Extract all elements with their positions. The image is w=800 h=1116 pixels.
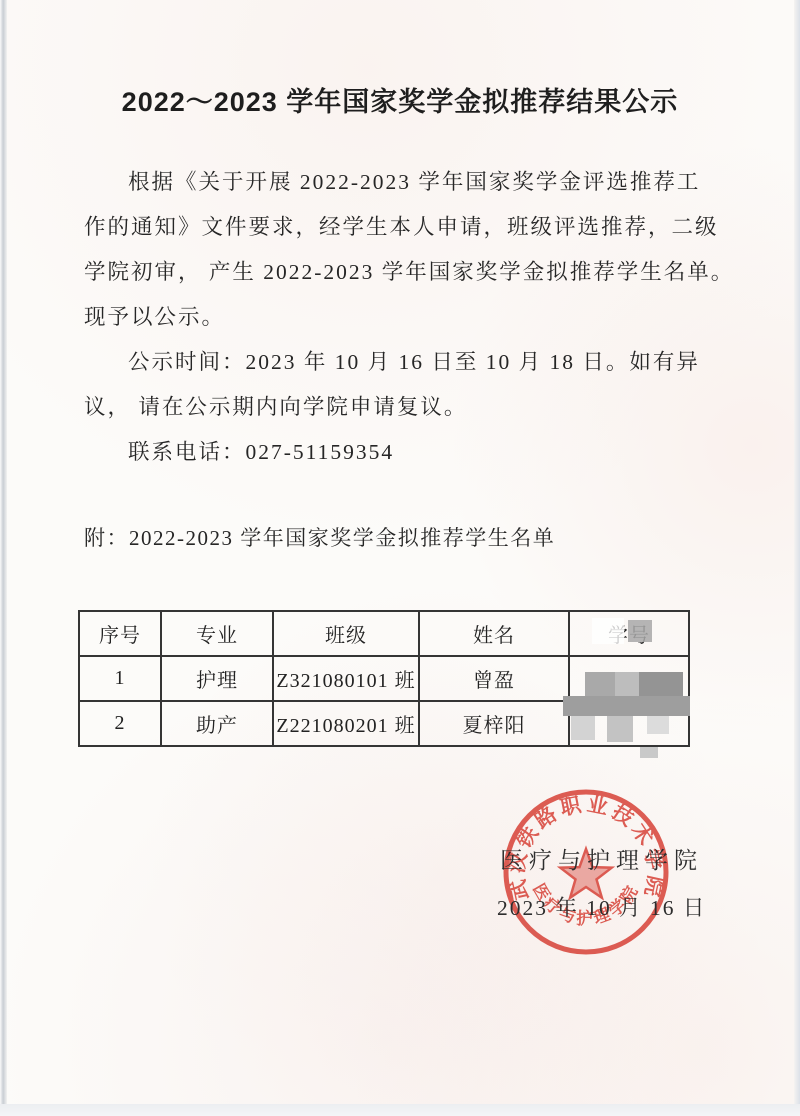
body-line: 公示时间：2023 年 10 月 16 日至 10 月 18 日。如有异 bbox=[84, 340, 718, 385]
body-line: 议， 请在公示期内向学院申请复议。 bbox=[84, 385, 718, 430]
body-line: 现予以公示。 bbox=[84, 295, 718, 340]
column-header: 班级 bbox=[273, 611, 419, 656]
scan-edge-bottom bbox=[0, 1104, 800, 1116]
scan-edge-right bbox=[794, 0, 800, 1116]
redaction-header-student-id bbox=[590, 616, 656, 646]
column-header: 姓名 bbox=[419, 611, 569, 656]
redaction-fragment bbox=[640, 747, 658, 758]
attachment-line: 附：2022-2023 学年国家奖学金拟推荐学生名单 bbox=[84, 522, 555, 552]
table-cell: 夏梓阳 bbox=[419, 701, 569, 746]
scan-edge-left bbox=[0, 0, 7, 1116]
table-cell: Z221080201 班 bbox=[273, 701, 419, 746]
body-line: 作的通知》文件要求，经学生本人申请，班级评选推荐，二级 bbox=[84, 205, 718, 250]
table-cell: 1 bbox=[79, 656, 161, 701]
page-title: 2022～2023 学年国家奖学金拟推荐结果公示 bbox=[0, 80, 800, 119]
table-cell: Z321080101 班 bbox=[273, 656, 419, 701]
redaction-student-ids bbox=[563, 668, 690, 744]
scanned-document-page: 2022～2023 学年国家奖学金拟推荐结果公示 根据《关于开展 2022-20… bbox=[0, 0, 800, 1116]
body-line: 根据《关于开展 2022-2023 学年国家奖学金评选推荐工 bbox=[84, 160, 718, 205]
table-cell: 助产 bbox=[161, 701, 273, 746]
table-cell: 曾盈 bbox=[419, 656, 569, 701]
body-text: 根据《关于开展 2022-2023 学年国家奖学金评选推荐工作的通知》文件要求，… bbox=[84, 160, 718, 475]
table-cell: 护理 bbox=[161, 656, 273, 701]
signature-department: 医疗与护理学院 bbox=[500, 842, 703, 875]
column-header: 序号 bbox=[79, 611, 161, 656]
body-line: 联系电话：027-51159354 bbox=[84, 430, 718, 475]
table-cell: 2 bbox=[79, 701, 161, 746]
signature-date: 2023 年 10 月 16 日 bbox=[497, 891, 706, 922]
body-line: 学院初审， 产生 2022-2023 学年国家奖学金拟推荐学生名单。 bbox=[84, 250, 718, 295]
column-header: 专业 bbox=[161, 611, 273, 656]
